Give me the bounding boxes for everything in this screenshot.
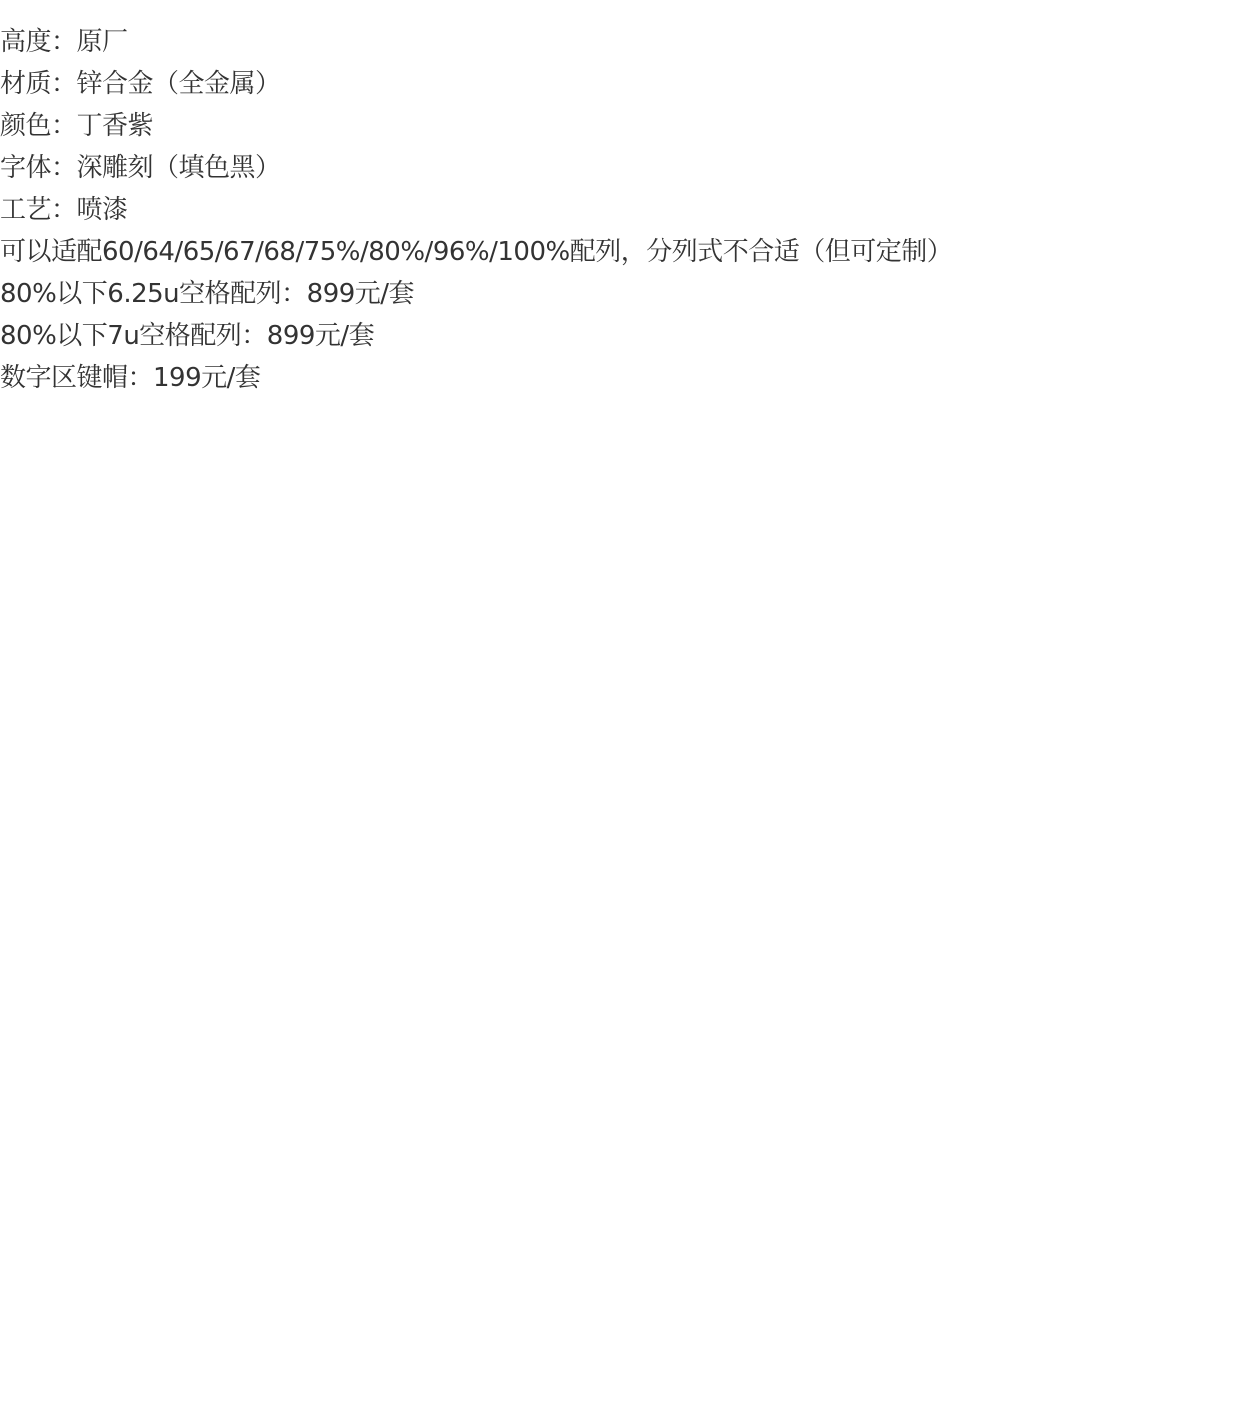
spec-compatibility: 可以适配60/64/65/67/68/75%/80%/96%/100%配列，分列… [0, 234, 1240, 276]
spec-process: 工艺：喷漆 [0, 192, 1240, 234]
spec-height: 高度：原厂 [0, 24, 1240, 66]
spec-material: 材质：锌合金（全金属） [0, 66, 1240, 108]
price-625u-space: 80%以下6.25u空格配列：899元/套 [0, 276, 1240, 318]
spec-color: 颜色：丁香紫 [0, 108, 1240, 150]
spec-font: 字体：深雕刻（填色黑） [0, 150, 1240, 192]
price-7u-space: 80%以下7u空格配列：899元/套 [0, 318, 1240, 360]
price-numpad: 数字区键帽：199元/套 [0, 360, 1240, 402]
product-spec-document: 高度：原厂 材质：锌合金（全金属） 颜色：丁香紫 字体：深雕刻（填色黑） 工艺：… [0, 0, 1240, 402]
